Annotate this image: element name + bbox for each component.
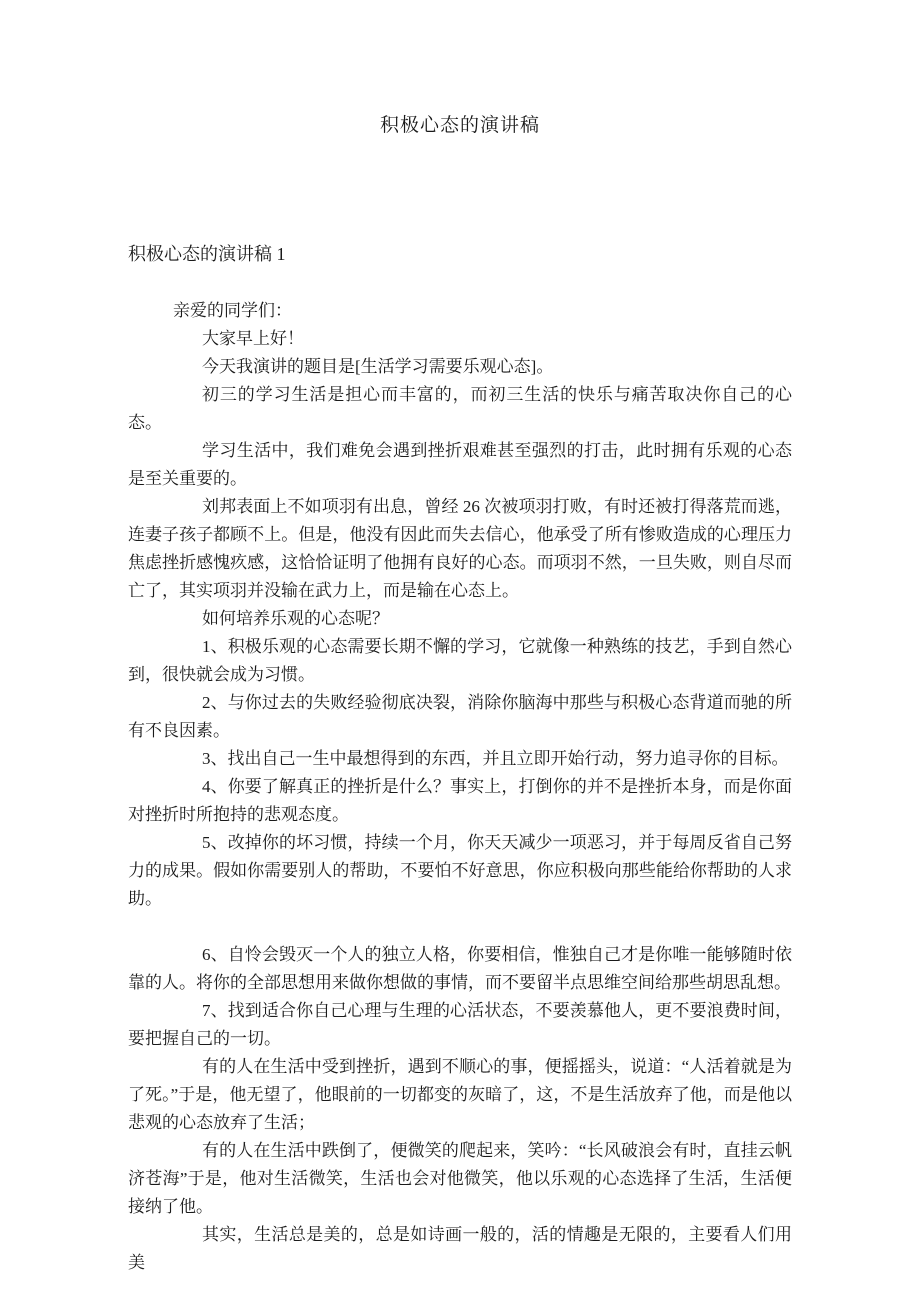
paragraph: 刘邦表面上不如项羽有出息，曾经 26 次被项羽打败，有时还被打得落荒而逃，连妻子… bbox=[128, 493, 792, 605]
paragraph-list-item-7: 7、找到适合你自己心理与生理的心活状态，不要羡慕他人，更不要浪费时间，要把握自己… bbox=[128, 997, 792, 1053]
paragraph-list-item-2: 2、与你过去的失败经验彻底决裂，消除你脑海中那些与积极心态背道而驰的所有不良因素… bbox=[128, 689, 792, 745]
paragraph: 如何培养乐观的心态呢？ bbox=[128, 605, 792, 633]
paragraph: 有的人在生活中受到挫折，遇到不顺心的事，便摇摇头，说道：“人活着就是为了死。”于… bbox=[128, 1053, 792, 1137]
section-heading: 积极心态的演讲稿 1 bbox=[128, 240, 792, 268]
paragraph: 大家早上好！ bbox=[128, 325, 792, 353]
paragraph-list-item-4: 4、你要了解真正的挫折是什么？事实上，打倒你的并不是挫折本身，而是你面对挫折时所… bbox=[128, 773, 792, 829]
paragraph: 有的人在生活中跌倒了，便微笑的爬起来，笑吟：“长风破浪会有时，直挂云帆济苍海”于… bbox=[128, 1137, 792, 1221]
document-title: 积极心态的演讲稿 bbox=[128, 0, 792, 140]
paragraph-list-item-6: 6、自怜会毁灭一个人的独立人格，你要相信，惟独自己才是你唯一能够随时依靠的人。将… bbox=[128, 941, 792, 997]
paragraph-list-item-1: 1、积极乐观的心态需要长期不懈的学习，它就像一种熟练的技艺，手到自然心到，很快就… bbox=[128, 633, 792, 689]
paragraph: 今天我演讲的题目是[生活学习需要乐观心态]。 bbox=[128, 353, 792, 381]
paragraph: 初三的学习生活是担心而丰富的，而初三生活的快乐与痛苦取决你自己的心态。 bbox=[128, 381, 792, 437]
document-page: 积极心态的演讲稿 积极心态的演讲稿 1 亲爱的同学们： 大家早上好！ 今天我演讲… bbox=[0, 0, 920, 1302]
paragraph-greeting: 亲爱的同学们： bbox=[128, 297, 792, 325]
paragraph-list-item-5: 5、改掉你的坏习惯，持续一个月，你天天减少一项恶习，并于每周反省自己努力的成果。… bbox=[128, 829, 792, 913]
paragraph-blank bbox=[128, 913, 792, 941]
paragraph: 学习生活中，我们难免会遇到挫折艰难甚至强烈的打击，此时拥有乐观的心态是至关重要的… bbox=[128, 437, 792, 493]
paragraph-list-item-3: 3、找出自己一生中最想得到的东西，并且立即开始行动，努力追寻你的目标。 bbox=[128, 745, 792, 773]
document-body: 亲爱的同学们： 大家早上好！ 今天我演讲的题目是[生活学习需要乐观心态]。 初三… bbox=[128, 297, 792, 1277]
paragraph: 其实，生活总是美的，总是如诗画一般的，活的情趣是无限的，主要看人们用美 bbox=[128, 1221, 792, 1277]
